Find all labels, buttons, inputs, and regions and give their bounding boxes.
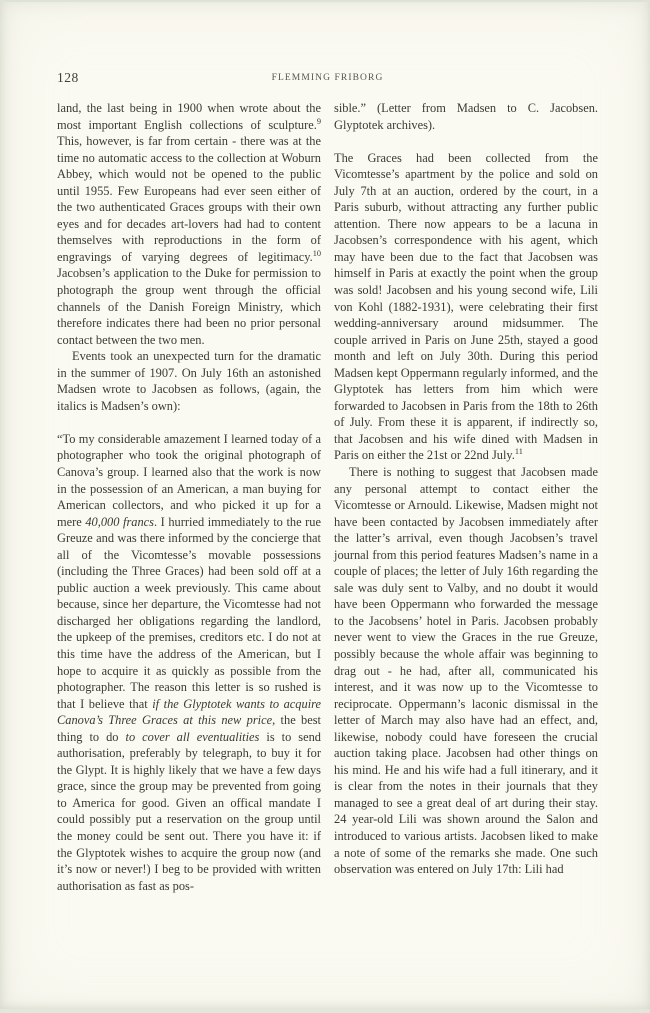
paragraph: Events took an unexpected turn for the d… bbox=[57, 348, 321, 414]
paragraph: sible.” (Letter from Madsen to C. Jacobs… bbox=[334, 100, 598, 133]
footnote-reference: 10 bbox=[313, 249, 321, 258]
text-run: Events took an unexpected turn for the d… bbox=[57, 349, 321, 413]
paragraph: land, the last being in 1900 when wrote … bbox=[57, 100, 321, 348]
paragraph: “To my considerable amazement I learned … bbox=[57, 431, 321, 894]
footnote-reference: 11 bbox=[515, 447, 523, 456]
page-header: 128 FLEMMING FRIBORG bbox=[57, 70, 598, 88]
left-column: land, the last being in 1900 when wrote … bbox=[57, 100, 321, 894]
paragraph: The Graces had been collected from the V… bbox=[334, 150, 598, 464]
scan-edge-top bbox=[0, 0, 650, 2]
footnote-reference: 9 bbox=[317, 116, 321, 125]
italic-run: to cover all eventualities bbox=[126, 730, 260, 744]
text-run: sible.” (Letter from Madsen to C. Jacobs… bbox=[334, 101, 598, 132]
text-run: This, however, is far from certain - the… bbox=[57, 134, 321, 264]
scan-edge-bottom bbox=[0, 1009, 650, 1013]
text-run: There is nothing to suggest that Jacobse… bbox=[334, 465, 598, 876]
right-column: sible.” (Letter from Madsen to C. Jacobs… bbox=[334, 100, 598, 894]
book-page: 128 FLEMMING FRIBORG land, the last bein… bbox=[0, 0, 650, 1013]
text-columns: land, the last being in 1900 when wrote … bbox=[57, 100, 598, 894]
italic-run: 40,000 francs bbox=[85, 515, 154, 529]
text-run: Jacobsen’s application to the Duke for p… bbox=[57, 266, 321, 346]
text-run: is to send authorisation, preferably by … bbox=[57, 730, 321, 893]
paragraph: There is nothing to suggest that Jacobse… bbox=[334, 464, 598, 878]
text-run: land, the last being in 1900 when wrote … bbox=[57, 101, 321, 132]
text-run: The Graces had been collected from the V… bbox=[334, 151, 598, 463]
running-header: FLEMMING FRIBORG bbox=[57, 73, 598, 83]
text-run: . I hurried immediately to the rue Greuz… bbox=[57, 515, 321, 711]
